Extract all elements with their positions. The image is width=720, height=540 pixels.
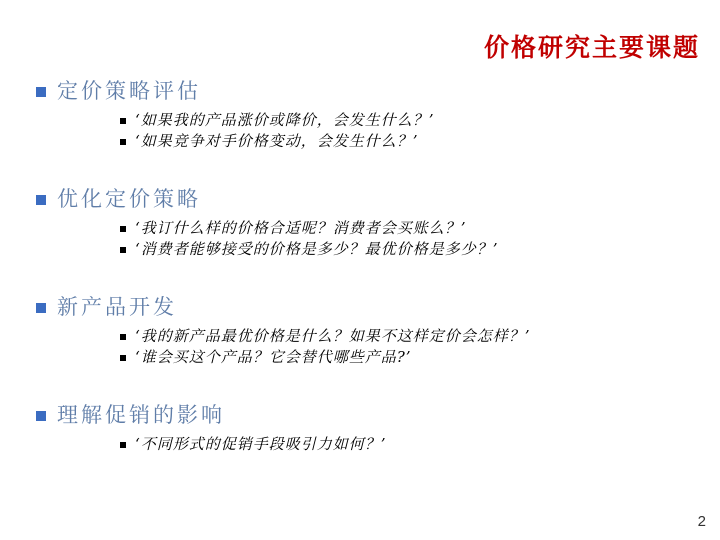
sub-bullet-text: ‘如果我的产品涨价或降价，会发生什么？’ [135,110,435,131]
section-heading: 定价策略评估 [36,78,704,104]
square-sub-bullet-icon [120,442,126,448]
section-heading-text: 理解促销的影响 [57,402,225,428]
sub-bullet-text: ‘不同形式的促销手段吸引力如何？’ [135,434,387,455]
section-heading-text: 优化定价策略 [57,186,201,212]
sub-bullet-item: ‘如果我的产品涨价或降价，会发生什么？’ [120,110,704,131]
section-new-product-development: 新产品开发 ‘我的新产品最优价格是什么？如果不这样定价会怎样？’ ‘谁会买这个产… [36,294,704,368]
square-sub-bullet-icon [120,334,126,340]
section-pricing-strategy-optimization: 优化定价策略 ‘我订什么样的价格合适呢？消费者会买账么？’ ‘消费者能够接受的价… [36,186,704,260]
sub-bullet-item: ‘如果竞争对手价格变动，会发生什么？’ [120,131,704,152]
square-sub-bullet-icon [120,226,126,232]
section-heading: 理解促销的影响 [36,402,704,428]
sub-bullet-item: ‘谁会买这个产品？它会替代哪些产品?’ [120,347,704,368]
square-bullet-icon [36,303,46,313]
square-sub-bullet-icon [120,355,126,361]
square-sub-bullet-icon [120,139,126,145]
slide-title: 价格研究主要课题 [484,28,700,64]
sub-bullet-item: ‘我的新产品最优价格是什么？如果不这样定价会怎样？’ [120,326,704,347]
square-sub-bullet-icon [120,247,126,253]
page-number: 2 [698,513,706,530]
sub-bullet-text: ‘消费者能够接受的价格是多少？最优价格是多少？’ [135,239,499,260]
sub-bullet-item: ‘不同形式的促销手段吸引力如何？’ [120,434,704,455]
square-bullet-icon [36,195,46,205]
section-promotion-impact: 理解促销的影响 ‘不同形式的促销手段吸引力如何？’ [36,402,704,455]
sub-bullet-text: ‘如果竞争对手价格变动，会发生什么？’ [135,131,419,152]
presentation-slide: 价格研究主要课题 定价策略评估 ‘如果我的产品涨价或降价，会发生什么？’ ‘如果… [0,0,720,540]
square-bullet-icon [36,87,46,97]
sub-bullet-text: ‘谁会买这个产品？它会替代哪些产品?’ [135,347,412,368]
section-heading: 优化定价策略 [36,186,704,212]
sub-bullet-item: ‘我订什么样的价格合适呢？消费者会买账么？’ [120,218,704,239]
section-heading-text: 新产品开发 [57,294,177,320]
square-bullet-icon [36,411,46,421]
sub-bullet-text: ‘我订什么样的价格合适呢？消费者会买账么？’ [135,218,467,239]
slide-content: 定价策略评估 ‘如果我的产品涨价或降价，会发生什么？’ ‘如果竞争对手价格变动，… [36,78,704,489]
square-sub-bullet-icon [120,118,126,124]
sub-bullet-text: ‘我的新产品最优价格是什么？如果不这样定价会怎样？’ [135,326,531,347]
section-heading-text: 定价策略评估 [57,78,201,104]
sub-bullet-item: ‘消费者能够接受的价格是多少？最优价格是多少？’ [120,239,704,260]
section-heading: 新产品开发 [36,294,704,320]
section-pricing-strategy-evaluation: 定价策略评估 ‘如果我的产品涨价或降价，会发生什么？’ ‘如果竞争对手价格变动，… [36,78,704,152]
